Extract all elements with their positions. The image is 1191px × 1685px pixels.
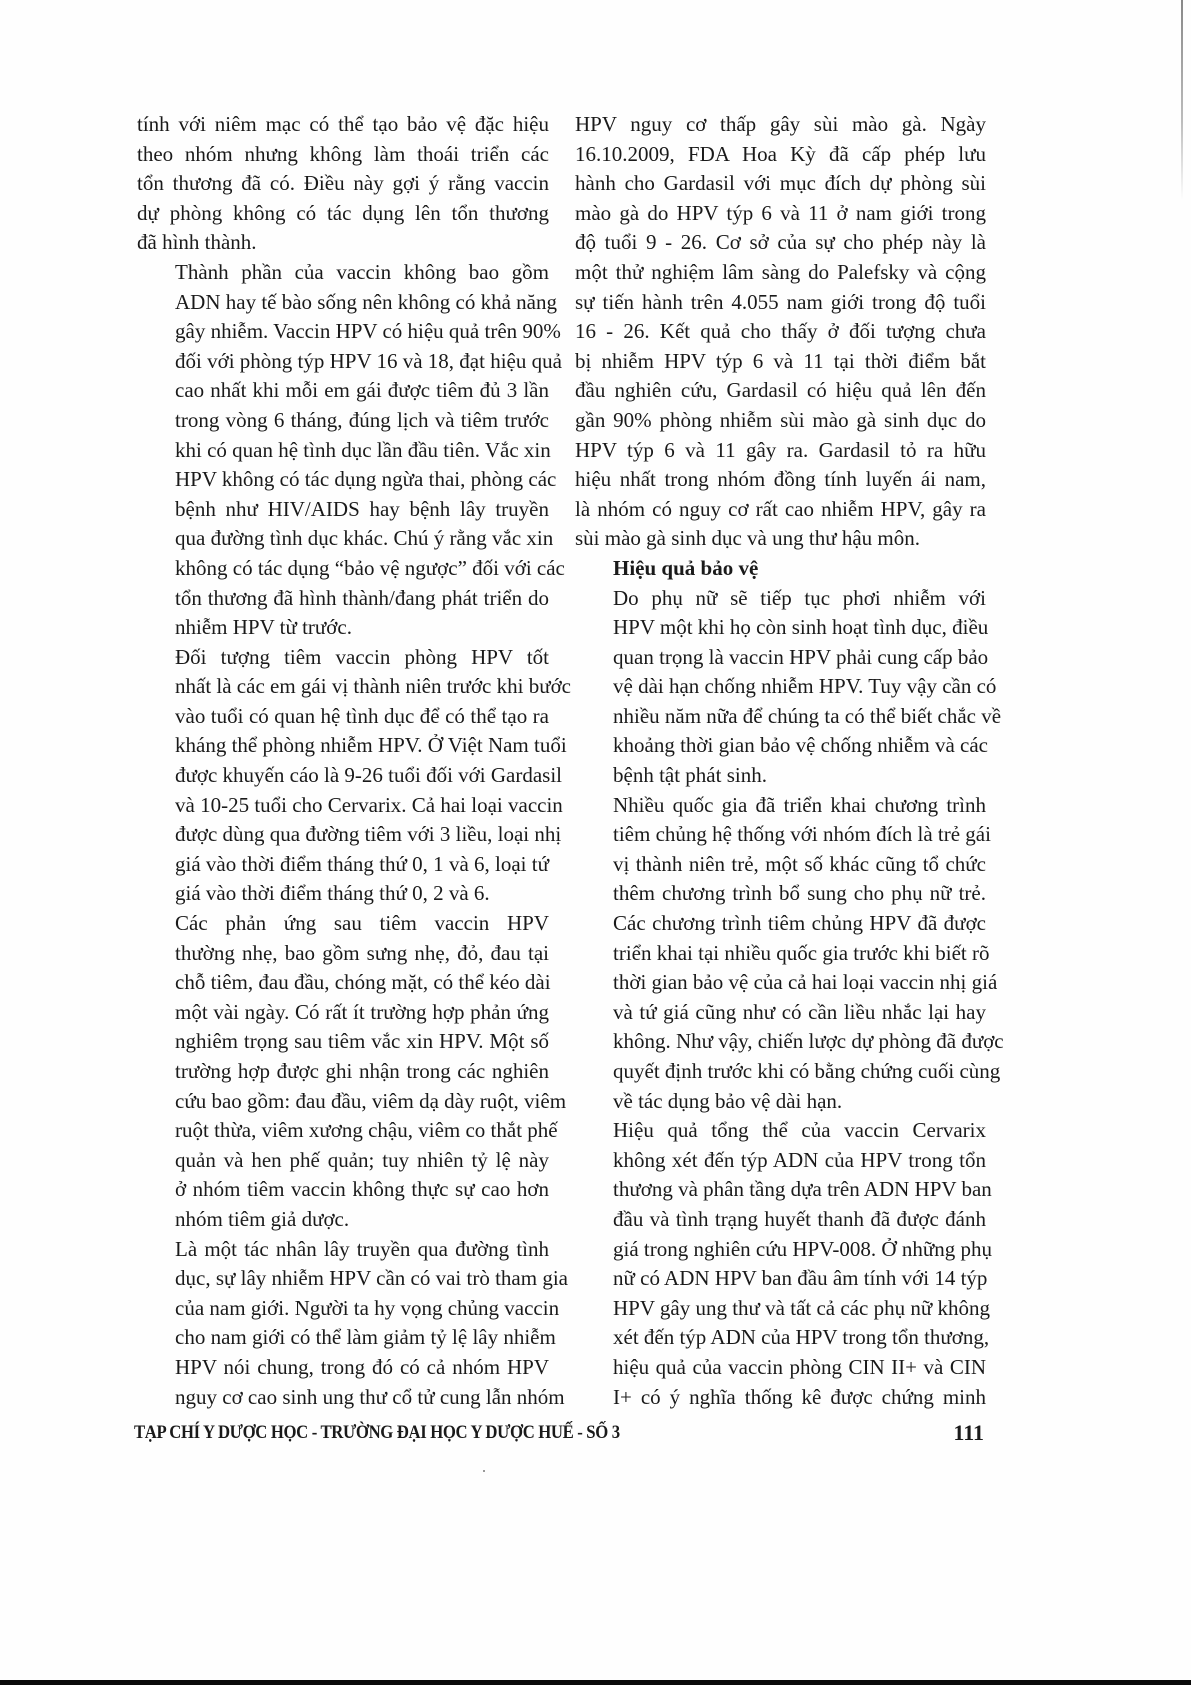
text-line: dự phòng không có tác dụng lên tổn thươn…	[137, 199, 549, 229]
text-line: bị nhiễm HPV týp 6 và 11 tại thời điểm b…	[575, 347, 986, 377]
text-line: nữ có ADN HPV ban đầu âm tính với 14 týp	[575, 1264, 986, 1294]
journal-title: TẠP CHÍ Y DƯỢC HỌC - TRƯỜNG ĐẠI HỌC Y DƯ…	[134, 1422, 620, 1444]
text-line: dục, sự lây nhiễm HPV cần có vai trò tha…	[137, 1264, 549, 1294]
text-line: trường hợp được ghi nhận trong các nghiê…	[137, 1057, 549, 1087]
text-line: và 10-25 tuổi cho Cervarix. Cả hai loại …	[137, 791, 549, 821]
text-line: quyết định trước khi có bằng chứng cuối …	[575, 1057, 986, 1087]
right-column: HPV nguy cơ thấp gây sùi mào gà. Ngày16.…	[575, 110, 986, 1412]
paragraph: tính với niêm mạc có thể tạo bảo vệ đặc …	[137, 110, 549, 258]
text-line: đầu và tình trạng huyết thanh đã được đá…	[575, 1205, 986, 1235]
text-line: Hiệu quả tổng thể của vaccin Cervarix	[575, 1116, 986, 1146]
text-line: đối với phòng týp HPV 16 và 18, đạt hiệu…	[137, 347, 549, 377]
text-line: vào tuổi có quan hệ tình dục để có thể t…	[137, 702, 549, 732]
text-line: ở nhóm tiêm vaccin không thực sự cao hơn	[137, 1175, 549, 1205]
text-line: theo nhóm nhưng không làm thoái triển cá…	[137, 140, 549, 170]
text-line: sùi mào gà sinh dục và ung thư hậu môn.	[575, 524, 986, 554]
text-line: không xét đến týp ADN của HPV trong tổn	[575, 1146, 986, 1176]
paragraph: Đối tượng tiêm vaccin phòng HPV tốtnhất …	[137, 643, 549, 909]
text-line: khoảng thời gian bảo vệ chống nhiễm và c…	[575, 731, 986, 761]
text-line: nhóm tiêm giả dược.	[137, 1205, 549, 1235]
text-line: thời gian bảo vệ của cả hai loại vaccin …	[575, 968, 986, 998]
text-line: nguy cơ cao sinh ung thư cổ tử cung lẫn …	[137, 1383, 549, 1413]
document-page: tính với niêm mạc có thể tạo bảo vệ đặc …	[0, 0, 1191, 1685]
scan-edge-shadow	[1181, 0, 1183, 200]
paragraph: HPV nguy cơ thấp gây sùi mào gà. Ngày16.…	[575, 110, 986, 554]
text-line: gần 90% phòng nhiễm sùi mào gà sinh dục …	[575, 406, 986, 436]
paragraph: Hiệu quả tổng thể của vaccin Cervarixkhô…	[575, 1116, 986, 1412]
text-line: nhất là các em gái vị thành niên trước k…	[137, 672, 549, 702]
left-column: tính với niêm mạc có thể tạo bảo vệ đặc …	[137, 110, 549, 1412]
text-line: được dùng qua đường tiêm với 3 liều, loạ…	[137, 820, 549, 850]
text-line: là nhóm có nguy cơ rất cao nhiễm HPV, gâ…	[575, 495, 986, 525]
text-line: gây nhiễm. Vaccin HPV có hiệu quả trên 9…	[137, 317, 549, 347]
scan-bottom-border	[0, 1680, 1191, 1685]
text-line: và tứ giá cũng như có cần liều nhắc lại …	[575, 998, 986, 1028]
paragraph: Thành phần của vaccin không bao gồmADN h…	[137, 258, 549, 643]
page-footer: TẠP CHÍ Y DƯỢC HỌC - TRƯỜNG ĐẠI HỌC Y DƯ…	[134, 1418, 984, 1452]
text-line: tính với niêm mạc có thể tạo bảo vệ đặc …	[137, 110, 549, 140]
text-line: bệnh như HIV/AIDS hay bệnh lây truyền	[137, 495, 549, 525]
paragraph: Nhiều quốc gia đã triển khai chương trìn…	[575, 791, 986, 1117]
text-line: tiêm chủng hệ thống với nhóm đích là trẻ…	[575, 820, 986, 850]
text-line: cứu bao gồm: đau đầu, viêm dạ dày ruột, …	[137, 1087, 549, 1117]
text-line: Các phản ứng sau tiêm vaccin HPV	[137, 909, 549, 939]
text-line: HPV nguy cơ thấp gây sùi mào gà. Ngày	[575, 110, 986, 140]
text-line: giá vào thời điểm tháng thứ 0, 2 và 6.	[137, 879, 549, 909]
text-line: tổn thương đã có. Điều này gợi ý rằng va…	[137, 169, 549, 199]
text-line: đầu nghiên cứu, Gardasil có hiệu quả lên…	[575, 376, 986, 406]
text-line: vị thành niên trẻ, một số khác cũng tổ c…	[575, 850, 986, 880]
text-line: nghiêm trọng sau tiêm vắc xin HPV. Một s…	[137, 1027, 549, 1057]
text-line: hiệu nhất trong nhóm đồng tính luyến ái …	[575, 465, 986, 495]
text-line: một thử nghiệm lâm sàng do Palefsky và c…	[575, 258, 986, 288]
text-line: không. Như vậy, chiến lược dự phòng đã đ…	[575, 1027, 986, 1057]
text-line: của nam giới. Người ta hy vọng chủng vac…	[137, 1294, 549, 1324]
text-line: ruột thừa, viêm xương chậu, viêm co thắt…	[137, 1116, 549, 1146]
text-line: một vài ngày. Có rất ít trường hợp phản …	[137, 998, 549, 1028]
text-line: cho nam giới có thể làm giảm tỷ lệ lây n…	[137, 1323, 549, 1353]
text-line: 16 - 26. Kết quả cho thấy ở đối tượng ch…	[575, 317, 986, 347]
text-line: kháng thể phòng nhiễm HPV. Ở Việt Nam tu…	[137, 731, 549, 761]
section-heading: Hiệu quả bảo vệ	[575, 554, 986, 584]
text-line: thường nhẹ, bao gồm sưng nhẹ, đỏ, đau tạ…	[137, 939, 549, 969]
text-line: khi có quan hệ tình dục lần đầu tiên. Vắ…	[137, 436, 549, 466]
text-line: giá trong nghiên cứu HPV-008. Ở những ph…	[575, 1235, 986, 1265]
paragraph: Các phản ứng sau tiêm vaccin HPVthường n…	[137, 909, 549, 1235]
text-line: về tác dụng bảo vệ dài hạn.	[575, 1087, 986, 1117]
scan-speck	[483, 1470, 485, 1472]
text-line: trong vòng 6 tháng, đúng lịch và tiêm tr…	[137, 406, 549, 436]
text-line: nhiều năm nữa để chúng ta có thể biết ch…	[575, 702, 986, 732]
text-line: qua đường tình dục khác. Chú ý rằng vắc …	[137, 524, 549, 554]
text-line: chỗ tiêm, đau đầu, chóng mặt, có thể kéo…	[137, 968, 549, 998]
text-line: HPV một khi họ còn sinh hoạt tình dục, đ…	[575, 613, 986, 643]
text-line: HPV gây ung thư và tất cả các phụ nữ khô…	[575, 1294, 986, 1324]
text-line: Thành phần của vaccin không bao gồm	[137, 258, 549, 288]
text-line: tổn thương đã hình thành/đang phát triển…	[137, 584, 549, 614]
text-line: bệnh tật phát sinh.	[575, 761, 986, 791]
text-line: vệ dài hạn chống nhiễm HPV. Tuy vậy cần …	[575, 672, 986, 702]
text-line: hành cho Gardasil với mục đích dự phòng …	[575, 169, 986, 199]
text-line: giá vào thời điểm tháng thứ 0, 1 và 6, l…	[137, 850, 549, 880]
text-line: ADN hay tế bào sống nên không có khả năn…	[137, 288, 549, 318]
text-line: thêm chương trình bổ sung cho phụ nữ trẻ…	[575, 879, 986, 909]
text-line: quan trọng là vaccin HPV phải cung cấp b…	[575, 643, 986, 673]
text-line: không có tác dụng “bảo vệ ngược” đối với…	[137, 554, 549, 584]
paragraph: Là một tác nhân lây truyền qua đường tìn…	[137, 1235, 549, 1413]
text-line: mào gà do HPV týp 6 và 11 ở nam giới tro…	[575, 199, 986, 229]
text-line: quản và hen phế quản; tuy nhiên tỷ lệ nà…	[137, 1146, 549, 1176]
text-line: HPV nói chung, trong đó có cả nhóm HPV	[137, 1353, 549, 1383]
text-line: I+ có ý nghĩa thống kê được chứng minh	[575, 1383, 986, 1413]
text-line: thương và phân tầng dựa trên ADN HPV ban	[575, 1175, 986, 1205]
text-line: Nhiều quốc gia đã triển khai chương trìn…	[575, 791, 986, 821]
text-line: độ tuổi 9 - 26. Cơ sở của sự cho phép nà…	[575, 228, 986, 258]
text-line: được khuyến cáo là 9-26 tuổi đối với Gar…	[137, 761, 549, 791]
text-line: triển khai tại nhiều quốc gia trước khi …	[575, 939, 986, 969]
text-line: xét đến týp ADN của HPV trong tổn thương…	[575, 1323, 986, 1353]
text-line: nhiễm HPV từ trước.	[137, 613, 549, 643]
paragraph: Do phụ nữ sẽ tiếp tục phơi nhiễm vớiHPV …	[575, 584, 986, 791]
text-line: sự tiến hành trên 4.055 nam giới trong đ…	[575, 288, 986, 318]
text-line: HPV không có tác dụng ngừa thai, phòng c…	[137, 465, 549, 495]
text-line: đã hình thành.	[137, 228, 549, 258]
text-line: Do phụ nữ sẽ tiếp tục phơi nhiễm với	[575, 584, 986, 614]
text-line: Các chương trình tiêm chủng HPV đã được	[575, 909, 986, 939]
page-number: 111	[953, 1420, 984, 1446]
text-line: cao nhất khi mỗi em gái được tiêm đủ 3 l…	[137, 376, 549, 406]
text-line: HPV týp 6 và 11 gây ra. Gardasil tỏ ra h…	[575, 436, 986, 466]
text-line: Đối tượng tiêm vaccin phòng HPV tốt	[137, 643, 549, 673]
text-line: hiệu quả của vaccin phòng CIN II+ và CIN	[575, 1353, 986, 1383]
text-line: Là một tác nhân lây truyền qua đường tìn…	[137, 1235, 549, 1265]
text-line: 16.10.2009, FDA Hoa Kỳ đã cấp phép lưu	[575, 140, 986, 170]
